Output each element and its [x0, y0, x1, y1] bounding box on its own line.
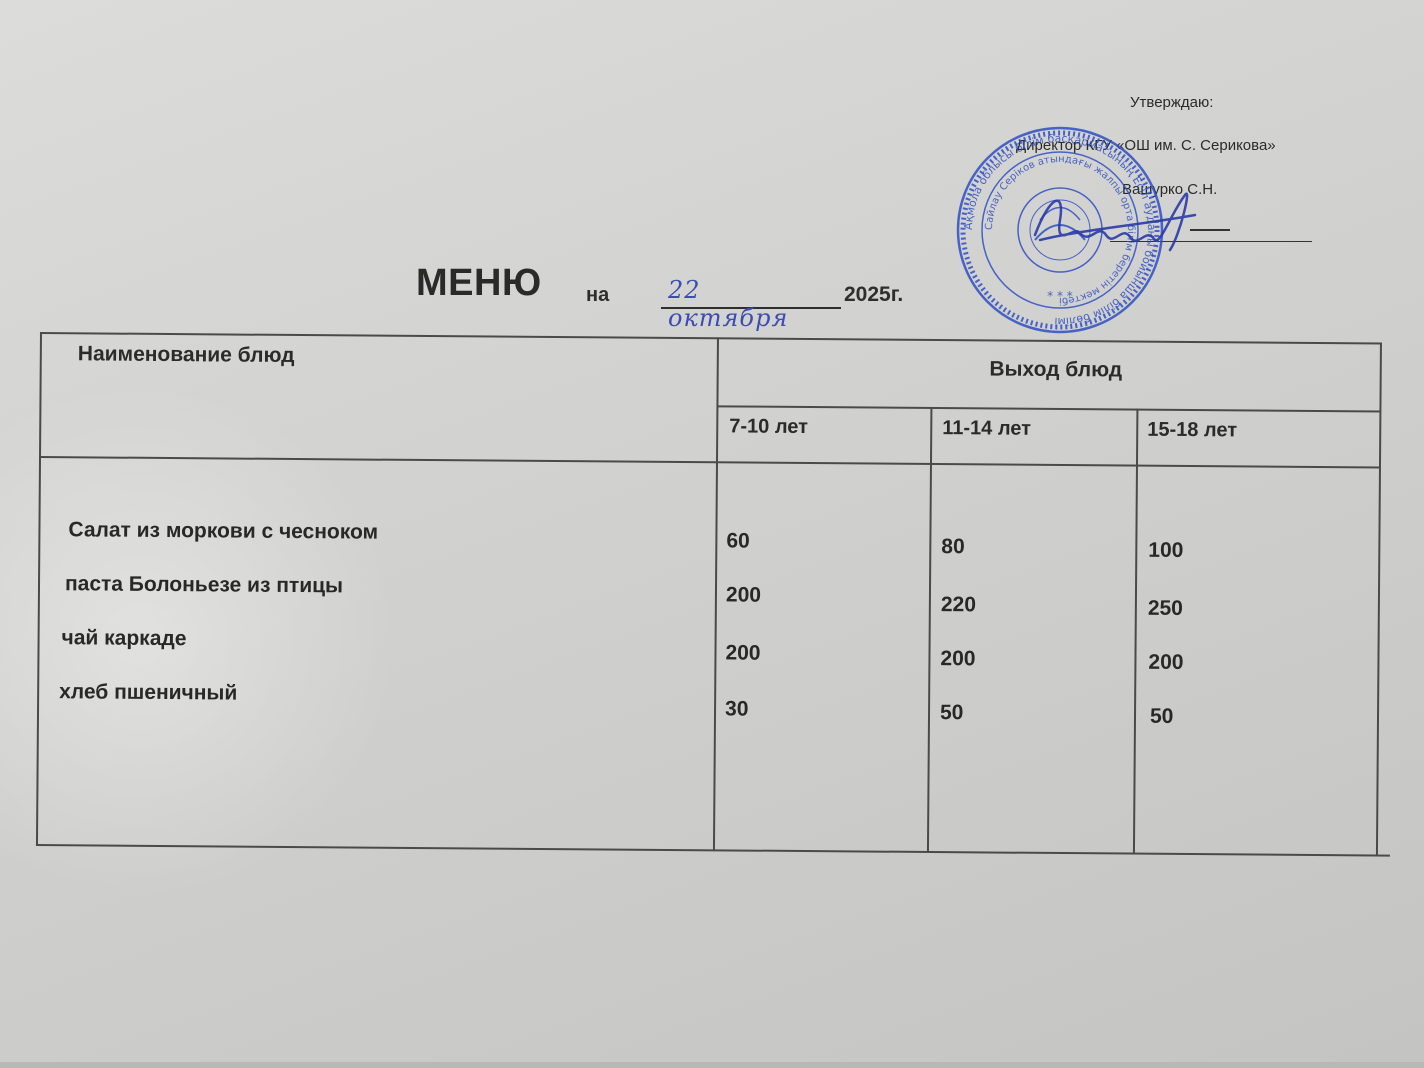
header-yield: Выход блюд — [718, 355, 1394, 384]
header-age-15-18: 15-18 лет — [1147, 419, 1237, 443]
column-divider — [713, 337, 719, 850]
title-handwritten-date: 22 октября — [668, 276, 788, 332]
title-menu-label: МЕНЮ — [416, 262, 542, 305]
header-dish-name: Наименование блюд — [78, 342, 295, 368]
table-row-qty-11-14: 80 — [941, 535, 965, 559]
table-row-qty-15-18: 100 — [1148, 539, 1183, 563]
table-row-qty-7-10: 200 — [725, 641, 760, 665]
table-row-qty-7-10: 200 — [726, 583, 761, 607]
header-row-divider — [717, 405, 1380, 412]
table-row-qty-15-18: 200 — [1148, 651, 1183, 675]
table-border-right — [1376, 343, 1382, 856]
table-row-qty-7-10: 30 — [725, 697, 749, 721]
table-row-qty-11-14: 220 — [941, 593, 976, 617]
approval-title: Утверждаю: — [1130, 94, 1213, 111]
table-row-qty-15-18: 250 — [1148, 597, 1183, 621]
table-row-dish: паста Болоньезе из птицы — [65, 572, 343, 598]
column-divider — [927, 407, 932, 852]
table-border-left — [36, 332, 42, 845]
signature-icon — [1020, 175, 1220, 285]
header-age-11-14: 11-14 лет — [942, 417, 1031, 441]
table-row-dish: чай каркаде — [62, 626, 187, 651]
table-row-dish: хлеб пшеничный — [59, 680, 237, 705]
title-year: 2025г. — [844, 283, 903, 307]
table-row-dish: Салат из моркови с чесноком — [68, 518, 378, 544]
table-row-qty-7-10: 60 — [726, 529, 750, 553]
paper-bottom-edge — [0, 1062, 1424, 1068]
title-on-label: на — [586, 284, 609, 307]
table-row-qty-11-14: 200 — [940, 647, 975, 671]
column-divider — [1133, 409, 1138, 854]
header-age-7-10: 7-10 лет — [729, 415, 808, 439]
table-border-top — [40, 332, 1382, 344]
svg-text:* * *: * * * — [1047, 289, 1073, 303]
table-row-qty-15-18: 50 — [1150, 705, 1174, 729]
header-bottom-divider — [39, 456, 1380, 468]
menu-table: Наименование блюд Выход блюд 7-10 лет 11… — [36, 332, 1394, 859]
table-row-qty-11-14: 50 — [940, 701, 964, 725]
